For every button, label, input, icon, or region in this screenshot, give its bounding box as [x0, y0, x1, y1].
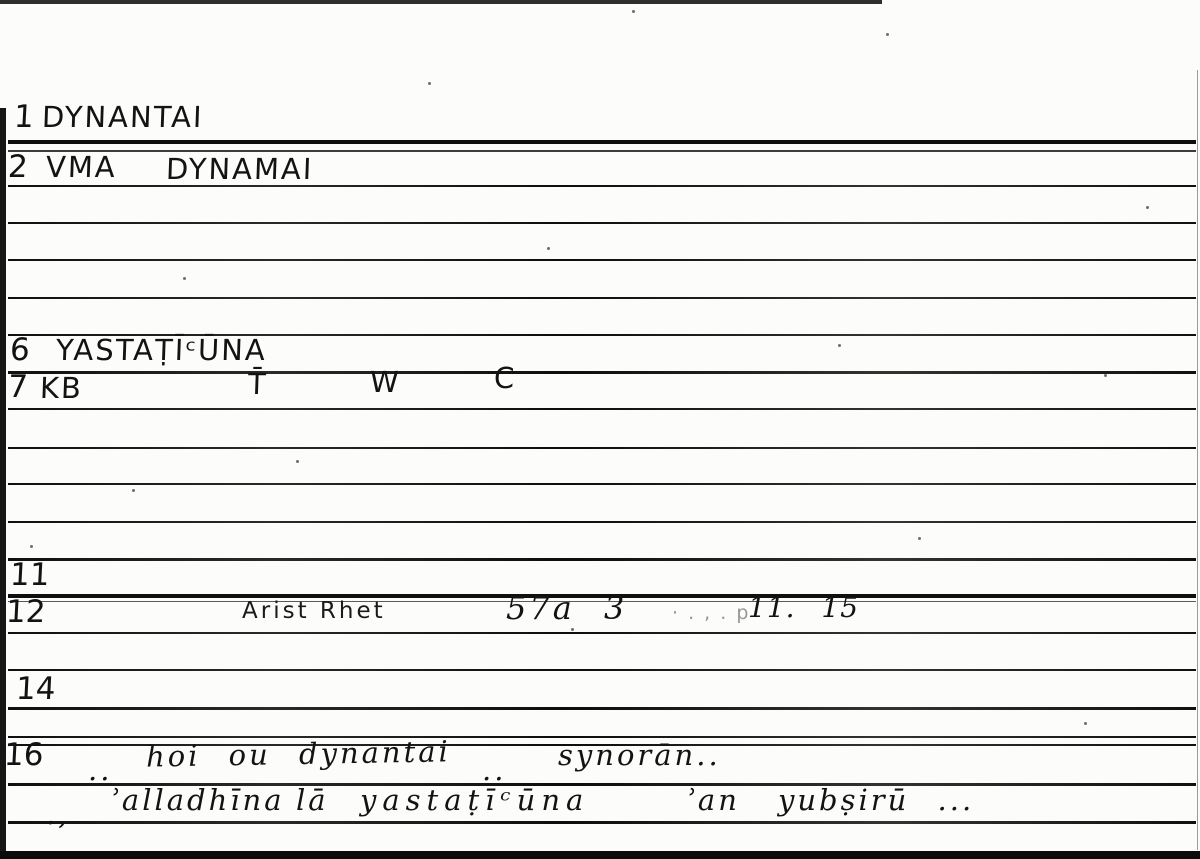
greek-quote: synorān.. — [558, 741, 721, 770]
column-letter: W — [369, 368, 401, 397]
faint-marks: · . , . p — [672, 604, 750, 623]
entry-word: DYNAMAI — [165, 155, 313, 184]
ruled-line — [8, 297, 1196, 299]
line-number: 7 — [7, 372, 28, 403]
ruled-line — [8, 558, 1196, 561]
headword: YASTAṬĪᶜŪNA — [55, 336, 267, 365]
scan-speck — [1146, 206, 1149, 209]
line-number: 2 — [7, 152, 28, 183]
ruled-line — [8, 259, 1196, 261]
ruled-line — [8, 632, 1196, 634]
line-number: 12 — [5, 597, 46, 628]
entry-word: VMA — [45, 153, 117, 182]
scan-speck — [30, 545, 33, 548]
card-top-edge — [0, 0, 882, 4]
ruled-line — [8, 483, 1196, 485]
arabic-quote: yubṣirū ... — [778, 786, 974, 815]
ellipsis-dots: ., — [46, 800, 70, 829]
greek-quote: hoi ou dynantai — [146, 737, 451, 771]
arabic-quote: ʾan — [686, 786, 740, 815]
column-letter: C — [493, 364, 516, 393]
scanned-index-card: 1 DYNANTAI 2 VMA DYNAMAI 6 YASTAṬĪᶜŪNA 7… — [0, 0, 1200, 859]
ruled-line — [8, 408, 1196, 410]
ruled-line — [8, 821, 1196, 824]
scan-speck — [838, 344, 841, 347]
ruled-line — [8, 669, 1196, 671]
line-number: 11 — [9, 560, 50, 591]
line-number: 16 — [3, 740, 44, 771]
ruled-line — [8, 707, 1196, 710]
ruled-line — [8, 222, 1196, 224]
headword: DYNANTAI — [41, 103, 204, 132]
ellipsis-dots: .. — [88, 756, 112, 785]
scan-speck — [296, 460, 299, 463]
scan-speck — [1104, 374, 1107, 377]
ruled-line — [8, 371, 1196, 374]
ellipsis-dots: .. — [482, 756, 506, 785]
arabic-quote: ʾalladhīna — [110, 786, 285, 815]
ruled-line — [8, 140, 1196, 144]
scan-speck — [1084, 722, 1087, 725]
column-letter: T̄ — [247, 370, 268, 399]
scan-speck — [183, 277, 186, 280]
scan-speck — [632, 10, 635, 13]
scan-speck — [886, 33, 889, 36]
arabic-quote: yastaṭīᶜūna — [360, 786, 589, 815]
scan-speck — [547, 247, 550, 250]
column-letter: KB — [39, 374, 83, 403]
arabic-quote: lā — [296, 786, 329, 815]
scan-speck — [132, 489, 135, 492]
citation-work: Arist Rhet — [242, 600, 386, 623]
ruled-line — [8, 521, 1196, 523]
scan-speck — [571, 628, 574, 631]
citation-page: 11. 15 — [748, 594, 859, 622]
line-number: 14 — [15, 674, 56, 705]
line-number: 6 — [9, 335, 30, 366]
scan-speck — [428, 82, 431, 85]
line-number: 1 — [13, 102, 34, 133]
scan-speck — [918, 537, 921, 540]
ruled-line — [8, 447, 1196, 449]
citation-locus: 57a 3 — [506, 592, 627, 624]
scan-right-edge-line — [1197, 70, 1198, 850]
card-bottom-edge — [0, 851, 1200, 859]
